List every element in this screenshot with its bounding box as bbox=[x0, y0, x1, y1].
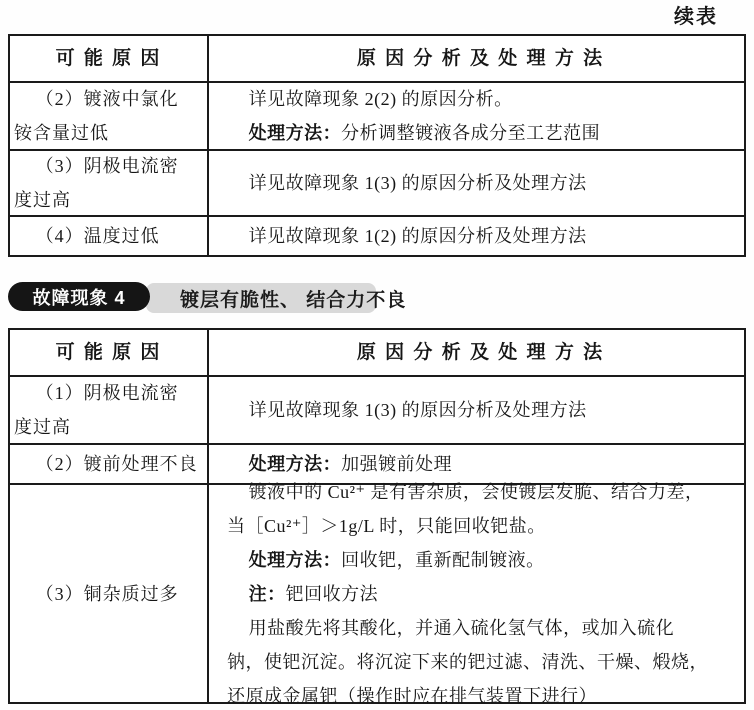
cause-text: （2）镀前处理不良 bbox=[14, 447, 203, 481]
analysis-paragraph: 详见故障现象 1(2) 的原因分析及处理方法 bbox=[227, 219, 734, 253]
cause-text: （3）阴极电流密 度过高 bbox=[14, 149, 203, 217]
analysis-paragraph: 用盐酸先将其酸化，并通入硫化氢气体，或加入硫化 钠，使钯沉淀。将沉淀下来的钯过滤… bbox=[227, 611, 734, 710]
table-row: （2）镀液中氯化 铵含量过低 详见故障现象 2(2) 的原因分析。 处理方法：分… bbox=[10, 81, 744, 149]
analysis-text: 详见故障现象 1(3) 的原因分析及处理方法 bbox=[249, 400, 587, 420]
cause-text: （2）镀液中氯化 铵含量过低 bbox=[14, 82, 203, 150]
analysis-text: 加强镀前处理 bbox=[341, 454, 452, 474]
table-row: （1）阴极电流密 度过高 详见故障现象 1(3) 的原因分析及处理方法 bbox=[10, 375, 744, 443]
method-label: 处理方法： bbox=[249, 454, 342, 474]
column-header-cause: 可 能 原 因 bbox=[56, 336, 162, 370]
table-row: （3）阴极电流密 度过高 详见故障现象 1(3) 的原因分析及处理方法 bbox=[10, 149, 744, 215]
column-header-cause: 可 能 原 因 bbox=[56, 42, 162, 76]
analysis-text: 回收钯，重新配制镀液。 bbox=[341, 550, 545, 570]
analysis-paragraph: 详见故障现象 1(3) 的原因分析及处理方法 bbox=[227, 393, 734, 427]
fault-table-4: 可 能 原 因 原 因 分 析 及 处 理 方 法 （1）阴极电流密 度过高 详… bbox=[8, 328, 746, 704]
table-header-row: 可 能 原 因 原 因 分 析 及 处 理 方 法 bbox=[10, 36, 744, 81]
analysis-text: 用盐酸先将其酸化，并通入硫化氢气体，或加入硫化 钠，使钯沉淀。将沉淀下来的钯过滤… bbox=[227, 618, 708, 706]
cause-text: （1）阴极电流密 度过高 bbox=[14, 376, 203, 444]
analysis-paragraph: 镀液中的 Cu²⁺ 是有害杂质，会使镀层发脆、结合力差， 当［Cu²⁺］＞1g/… bbox=[227, 475, 734, 543]
analysis-text: 详见故障现象 1(2) 的原因分析及处理方法 bbox=[249, 226, 587, 246]
analysis-paragraph: 详见故障现象 2(2) 的原因分析。 bbox=[227, 82, 734, 116]
section-title-background: 镀层有脆性、 结合力不良 bbox=[146, 283, 376, 313]
analysis-paragraph: 注：钯回收方法 bbox=[227, 577, 734, 611]
note-label: 注： bbox=[249, 584, 286, 604]
analysis-text: 分析调整镀液各成分至工艺范围 bbox=[341, 123, 600, 143]
table-header-row: 可 能 原 因 原 因 分 析 及 处 理 方 法 bbox=[10, 330, 744, 375]
analysis-text: 钯回收方法 bbox=[286, 584, 379, 604]
fault-badge-text: 故障现象 4 bbox=[32, 284, 125, 310]
section-heading: 镀层有脆性、 结合力不良 故障现象 4 bbox=[8, 282, 754, 313]
cause-text: （4）温度过低 bbox=[14, 219, 203, 253]
document-page: 续表 可 能 原 因 原 因 分 析 及 处 理 方 法 （2）镀液中氯化 铵含… bbox=[0, 0, 754, 710]
analysis-paragraph: 处理方法：回收钯，重新配制镀液。 bbox=[227, 543, 734, 577]
analysis-text: 详见故障现象 2(2) 的原因分析。 bbox=[249, 89, 513, 109]
column-header-analysis: 原 因 分 析 及 处 理 方 法 bbox=[357, 42, 604, 76]
analysis-text: 镀液中的 Cu²⁺ 是有害杂质，会使镀层发脆、结合力差， 当［Cu²⁺］＞1g/… bbox=[227, 482, 704, 536]
cause-text: （3）铜杂质过多 bbox=[14, 577, 203, 611]
fault-phenomenon-badge: 故障现象 4 bbox=[8, 282, 150, 311]
analysis-text: 详见故障现象 1(3) 的原因分析及处理方法 bbox=[249, 173, 587, 193]
analysis-paragraph: 处理方法：分析调整镀液各成分至工艺范围 bbox=[227, 116, 734, 150]
table-row: （3）铜杂质过多 镀液中的 Cu²⁺ 是有害杂质，会使镀层发脆、结合力差， 当［… bbox=[10, 483, 744, 702]
column-header-analysis: 原 因 分 析 及 处 理 方 法 bbox=[357, 336, 604, 370]
fault-table-continued: 可 能 原 因 原 因 分 析 及 处 理 方 法 （2）镀液中氯化 铵含量过低… bbox=[8, 34, 746, 257]
table-row: （4）温度过低 详见故障现象 1(2) 的原因分析及处理方法 bbox=[10, 215, 744, 255]
method-label: 处理方法： bbox=[249, 550, 342, 570]
analysis-paragraph: 详见故障现象 1(3) 的原因分析及处理方法 bbox=[227, 166, 734, 200]
section-title: 镀层有脆性、 结合力不良 bbox=[180, 285, 406, 312]
method-label: 处理方法： bbox=[249, 123, 342, 143]
continued-table-label: 续表 bbox=[0, 0, 754, 34]
